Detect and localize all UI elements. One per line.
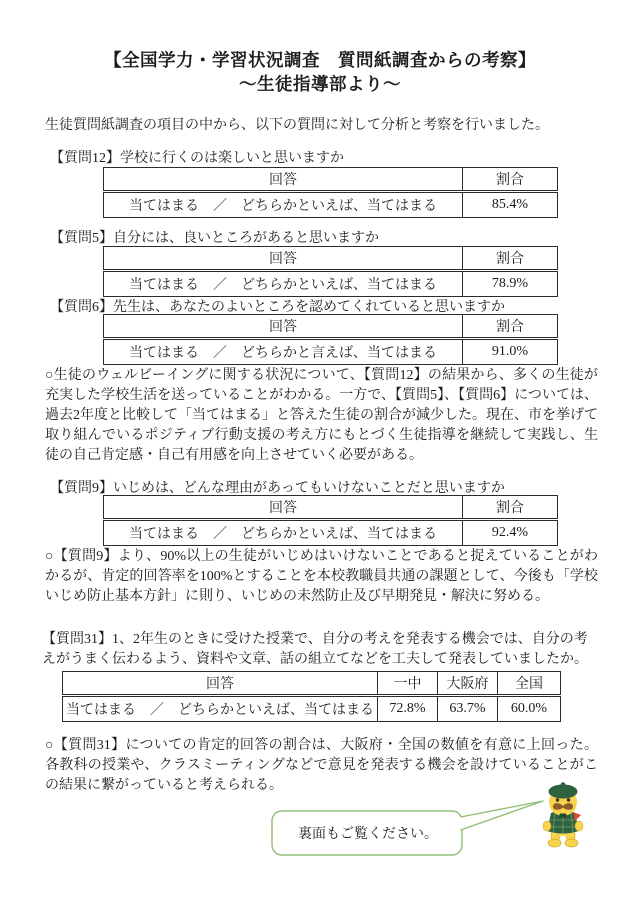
question-12-label: 【質問12】 xyxy=(50,151,120,166)
page-title-line2: ～生徒指導部より～ xyxy=(0,72,640,96)
mascot-hand-left xyxy=(543,821,551,831)
table-header-row: 回答 割合 xyxy=(104,247,558,271)
answer-cell: 当てはまる ／ どちらかといえば、当てはまる xyxy=(104,271,463,297)
question-5-label: 【質問5】 xyxy=(50,231,113,246)
analysis-paragraph-presentation: ○【質問31】についての肯定的回答の割合は、大阪府・全国の数値を有意に上回った。… xyxy=(45,736,598,796)
mascot-hat-knob xyxy=(561,782,566,787)
question-6-heading: 【質問6】先生は、あなたのよいところを認めてくれていると思いますか xyxy=(50,296,505,316)
national-value-cell: 60.0% xyxy=(498,696,561,722)
table-row: 当てはまる ／ どちらかと言えば、当てはまる 91.0% xyxy=(104,339,558,365)
page-title-line1: 【全国学力・学習状況調査 質問紙調査からの考察】 xyxy=(0,48,640,72)
question-5-heading: 【質問5】自分には、良いところがあると思いますか xyxy=(50,227,379,247)
page-title: 【全国学力・学習状況調査 質問紙調査からの考察】 ～生徒指導部より～ xyxy=(0,48,640,96)
osaka-value-cell: 63.7% xyxy=(438,696,498,722)
mascot-bow xyxy=(560,814,567,818)
ratio-cell: 78.9% xyxy=(463,271,558,297)
question-5-table: 回答 割合 当てはまる ／ どちらかといえば、当てはまる 78.9% xyxy=(103,246,558,297)
ratio-cell: 92.4% xyxy=(463,520,558,546)
mascot-foot-right xyxy=(565,839,578,847)
analysis-paragraph-bullying: ○【質問9】より、90%以上の生徒がいじめはいけないことであると捉えていることが… xyxy=(45,547,598,607)
table-row: 当てはまる ／ どちらかといえば、当てはまる 72.8% 63.7% 60.0% xyxy=(63,696,561,722)
table-header-row: 回答 割合 xyxy=(104,496,558,520)
question-5-text: 自分には、良いところがあると思いますか xyxy=(113,231,379,246)
question-9-text: いじめは、どんな理由があってもいけないことだと思いますか xyxy=(113,481,505,496)
answer-cell: 当てはまる ／ どちらかと言えば、当てはまる xyxy=(104,339,463,365)
question-6-text: 先生は、あなたのよいところを認めてくれていると思いますか xyxy=(113,300,505,315)
header-ratio: 割合 xyxy=(463,247,558,271)
document-page: 【全国学力・学習状況調査 質問紙調査からの考察】 ～生徒指導部より～ 生徒質問紙… xyxy=(0,0,640,904)
question-9-heading: 【質問9】いじめは、どんな理由があってもいけないことだと思いますか xyxy=(50,477,505,497)
mascot-foot-left xyxy=(548,839,561,847)
header-osaka: 大阪府 xyxy=(438,672,498,696)
question-12-heading: 【質問12】学校に行くのは楽しいと思いますか xyxy=(50,147,344,167)
analysis-paragraph-wellbeing: ○生徒のウェルビーイングに関する状況について、【質問12】の結果から、多くの生徒… xyxy=(45,366,598,466)
speech-bubble: 裏面もご覧ください。 xyxy=(264,793,586,865)
answer-cell: 当てはまる ／ どちらかといえば、当てはまる xyxy=(104,192,463,218)
header-answer: 回答 xyxy=(104,496,463,520)
mascot-eye-left xyxy=(556,798,559,801)
question-31-label: 【質問31】 xyxy=(42,632,112,647)
question-31-table: 回答 一中 大阪府 全国 当てはまる ／ どちらかといえば、当てはまる 72.8… xyxy=(62,671,561,722)
header-ratio: 割合 xyxy=(463,168,558,192)
school-value-cell: 72.8% xyxy=(378,696,438,722)
speech-bubble-text: 裏面もご覧ください。 xyxy=(288,823,448,843)
header-ratio: 割合 xyxy=(463,496,558,520)
header-ratio: 割合 xyxy=(463,315,558,339)
question-6-table: 回答 割合 当てはまる ／ どちらかと言えば、当てはまる 91.0% xyxy=(103,314,558,365)
table-header-row: 回答 一中 大阪府 全国 xyxy=(63,672,561,696)
speech-bubble-tail xyxy=(461,801,544,830)
header-answer: 回答 xyxy=(104,247,463,271)
header-school: 一中 xyxy=(378,672,438,696)
question-31-text: 1、2年生のときに受けた授業で、自分の考えを発表する機会では、自分の考えがうまく… xyxy=(42,632,588,667)
header-answer: 回答 xyxy=(63,672,378,696)
header-answer: 回答 xyxy=(104,315,463,339)
question-9-label: 【質問9】 xyxy=(50,481,113,496)
table-row: 当てはまる ／ どちらかといえば、当てはまる 85.4% xyxy=(104,192,558,218)
question-12-text: 学校に行くのは楽しいと思いますか xyxy=(120,151,344,166)
ratio-cell: 91.0% xyxy=(463,339,558,365)
table-header-row: 回答 割合 xyxy=(104,315,558,339)
question-12-table: 回答 割合 当てはまる ／ どちらかといえば、当てはまる 85.4% xyxy=(103,167,558,218)
intro-text: 生徒質問紙調査の項目の中から、以下の質問に対して分析と考察を行いました。 xyxy=(45,114,605,134)
header-national: 全国 xyxy=(498,672,561,696)
ratio-cell: 85.4% xyxy=(463,192,558,218)
table-header-row: 回答 割合 xyxy=(104,168,558,192)
mascot-character xyxy=(540,781,586,848)
answer-cell: 当てはまる ／ どちらかといえば、当てはまる xyxy=(104,520,463,546)
header-answer: 回答 xyxy=(104,168,463,192)
mascot-icon xyxy=(540,781,586,848)
table-row: 当てはまる ／ どちらかといえば、当てはまる 92.4% xyxy=(104,520,558,546)
mascot-eye-right xyxy=(567,798,570,801)
question-31-heading: 【質問31】1、2年生のときに受けた授業で、自分の考えを発表する機会では、自分の… xyxy=(42,630,600,670)
answer-cell: 当てはまる ／ どちらかといえば、当てはまる xyxy=(63,696,378,722)
mascot-hand-right xyxy=(575,821,583,831)
table-row: 当てはまる ／ どちらかといえば、当てはまる 78.9% xyxy=(104,271,558,297)
question-6-label: 【質問6】 xyxy=(50,300,113,315)
question-9-table: 回答 割合 当てはまる ／ どちらかといえば、当てはまる 92.4% xyxy=(103,495,558,546)
